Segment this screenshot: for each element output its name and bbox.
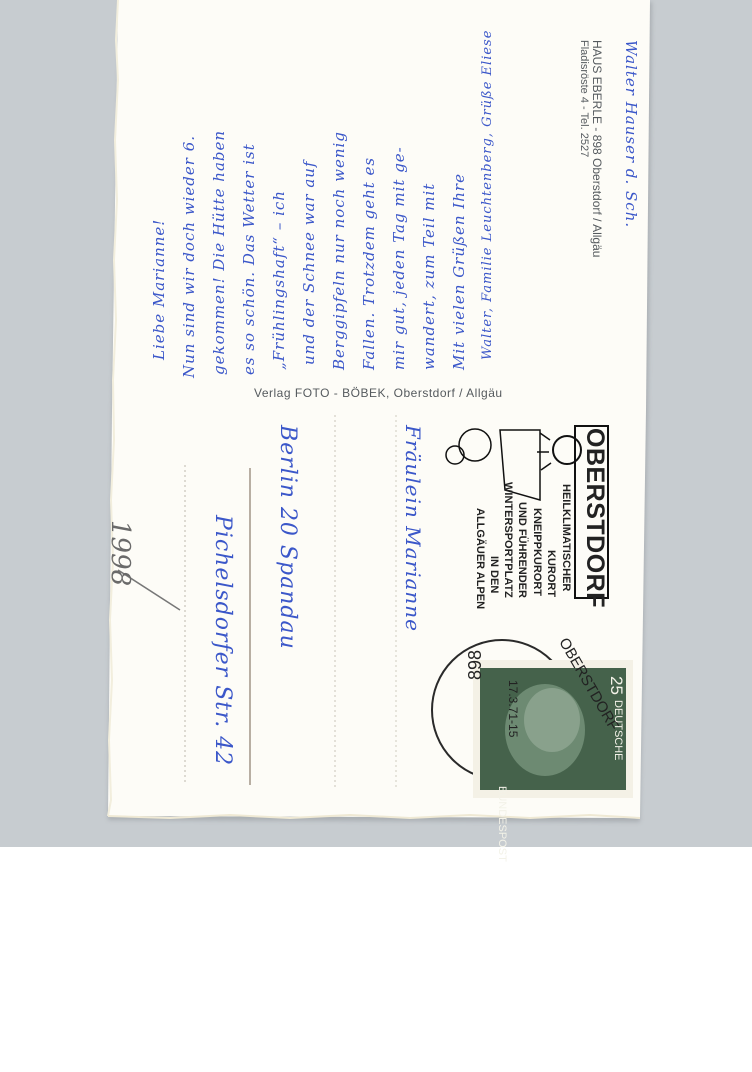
message-line-10: wandert, zum Teil mit — [420, 183, 438, 370]
message-line-9: mir gut, jeden Tag mit ge- — [390, 146, 408, 370]
cancel-date: 17.3.71-15 — [506, 680, 520, 737]
message-line-6: und der Schnee war auf — [300, 160, 318, 365]
postmark-line-3: KNEIPPKURORT — [531, 508, 543, 596]
postmark-line-2: KURORT — [545, 550, 557, 597]
message-line-7: Berggipfeln nur noch wenig — [330, 131, 348, 370]
stamp-value: 25 — [606, 676, 626, 695]
postmark-line-7: ALLGÄUER ALPEN — [474, 508, 486, 609]
cancel-postcode: 898 — [465, 650, 486, 680]
message-line-0: Walter Hauser d. Sch. — [622, 40, 640, 228]
message-line-2: Nun sind wir doch wieder 6. — [180, 135, 198, 378]
address-line-1: Fräulein Marianne — [401, 425, 425, 632]
publisher-line: Verlag FOTO - BÖBEK, Oberstdorf / Allgäu — [254, 386, 503, 400]
postmark-line-1: HEILKLIMATISCHER — [559, 484, 572, 591]
postmark-line-6: IN DEN — [488, 556, 500, 593]
message-line-8: Fallen. Trotzdem geht es — [360, 157, 378, 370]
postmark-title: OBERSTDORF — [580, 428, 609, 608]
header-line-2: Fladisröste 4 - Tel. 2527 — [578, 40, 590, 157]
message-line-11: Mit vielen Grüßen Ihre — [450, 173, 468, 370]
message-line-4: es so schön. Das Wetter ist — [240, 143, 258, 375]
address-line-3: Pichelsdorfer Str. 42 — [210, 515, 235, 766]
header-line-1: HAUS EBERLE - 898 Oberstdorf / Allgäu — [590, 40, 604, 257]
message-line-1: Liebe Marianne! — [150, 219, 168, 360]
postmark-line-4: UND FÜHRENDER — [516, 502, 528, 598]
stamp-country: DEUTSCHE — [612, 700, 624, 761]
pencil-note: 1998 — [105, 520, 135, 586]
message-line-12: Walter, Familie Leuchtenberg, Grüße Elie… — [480, 30, 495, 360]
message-line-5: „Frühlingshaft“ – ich — [270, 190, 288, 370]
address-line-2: Berlin 20 Spandau — [275, 425, 300, 650]
message-line-3: gekommen! Die Hütte haben — [210, 130, 228, 375]
postmark-line-5: WINTERSPORTPLATZ — [502, 482, 514, 598]
stamp-issuer: BUNDESPOST — [496, 786, 508, 862]
